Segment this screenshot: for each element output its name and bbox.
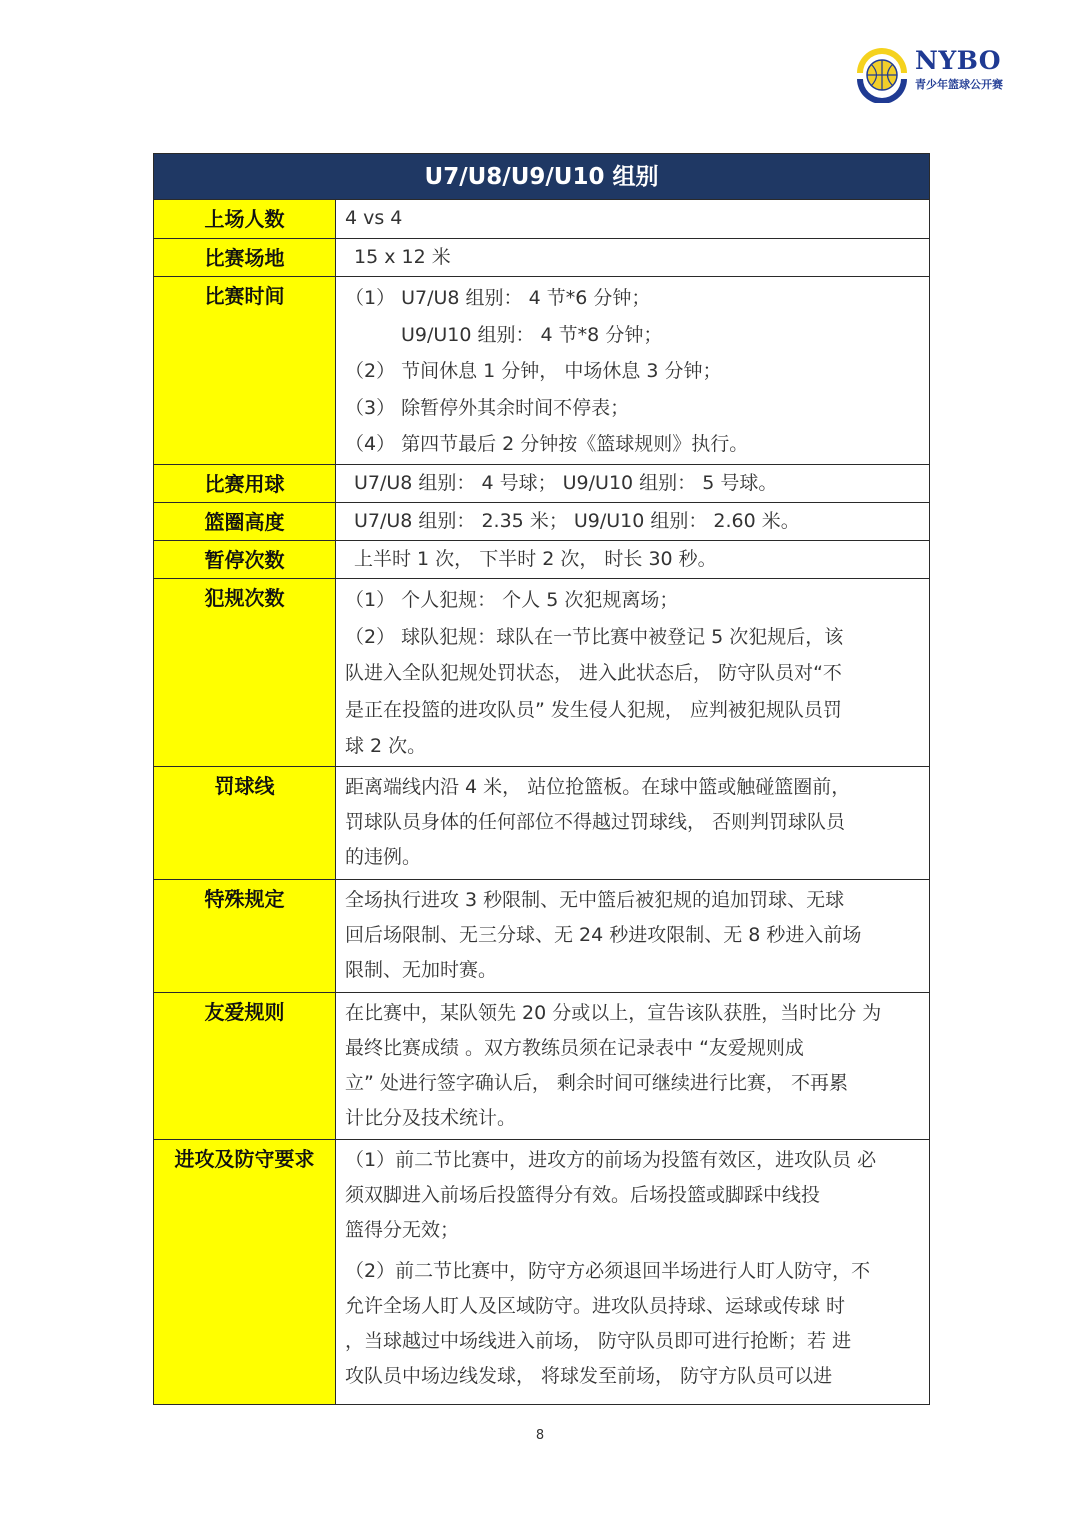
content-line: U7/U8 组别： 4 号球； U9/U10 组别： 5 号球。	[345, 468, 921, 499]
content-line: 须双脚进入前场后投篮得分有效。后场投篮或脚踩中线投	[345, 1178, 921, 1213]
content-line: 的违例。	[345, 840, 921, 875]
row-label: 友爱规则	[154, 993, 336, 1139]
content-line: 限制、无加时赛。	[345, 953, 921, 988]
row-content: U7/U8 组别： 2.35 米； U9/U10 组别： 2.60 米。	[336, 503, 929, 540]
table-row-players: 上场人数 4 vs 4	[154, 200, 929, 239]
logo-title: NYBO	[915, 47, 1001, 75]
content-line: 允许全场人盯人及区域防守。进攻队员持球、运球或传球 时	[345, 1289, 921, 1324]
content-line: （2）前二节比赛中，防守方必须退回半场进行人盯人防守，不	[345, 1254, 921, 1289]
content-line: 球 2 次。	[345, 728, 921, 765]
row-content: 15 x 12 米	[336, 239, 929, 276]
row-label: 罚球线	[154, 767, 336, 879]
table-title: U7/U8/U9/U10 组别	[154, 154, 929, 200]
content-line: （1） U7/U8 组别： 4 节*6 分钟；	[345, 280, 921, 317]
row-content: 上半时 1 次， 下半时 2 次， 时长 30 秒。	[336, 541, 929, 578]
row-content: U7/U8 组别： 4 号球； U9/U10 组别： 5 号球。	[336, 465, 929, 502]
content-line: 立” 处进行签字确认后， 剩余时间可继续进行比赛， 不再累	[345, 1066, 921, 1101]
content-line: 篮得分无效；	[345, 1213, 921, 1248]
content-line: 全场执行进攻 3 秒限制、无中篮后被犯规的追加罚球、无球	[345, 883, 921, 918]
row-content: 距离端线内沿 4 米， 站位抢篮板。在球中篮或触碰篮圈前， 罚球队员身体的任何部…	[336, 767, 929, 879]
table-row-free-throw-line: 罚球线 距离端线内沿 4 米， 站位抢篮板。在球中篮或触碰篮圈前， 罚球队员身体…	[154, 767, 929, 880]
content-line: （3） 除暂停外其余时间不停表；	[345, 390, 921, 427]
table-row-court: 比赛场地 15 x 12 米	[154, 239, 929, 277]
content-line: 队进入全队犯规处罚状态， 进入此状态后， 防守队员对“不	[345, 655, 921, 692]
content-line: （1）前二节比赛中，进攻方的前场为投篮有效区，进攻队员 必	[345, 1143, 921, 1178]
content-line: U9/U10 组别： 4 节*8 分钟；	[345, 317, 921, 354]
row-content: 4 vs 4	[336, 200, 929, 238]
content-line: 距离端线内沿 4 米， 站位抢篮板。在球中篮或触碰篮圈前，	[345, 770, 921, 805]
content-line: U7/U8 组别： 2.35 米； U9/U10 组别： 2.60 米。	[345, 506, 921, 537]
row-label: 上场人数	[154, 200, 336, 238]
content-line: 罚球队员身体的任何部位不得越过罚球线， 否则判罚球队员	[345, 805, 921, 840]
page-number: 8	[0, 1428, 1080, 1443]
table-row-ball: 比赛用球 U7/U8 组别： 4 号球； U9/U10 组别： 5 号球。	[154, 465, 929, 503]
row-label: 比赛用球	[154, 465, 336, 502]
row-label: 暂停次数	[154, 541, 336, 578]
row-label: 篮圈高度	[154, 503, 336, 540]
table-row-fouls: 犯规次数 （1） 个人犯规： 个人 5 次犯规离场； （2） 球队犯规：球队在一…	[154, 579, 929, 767]
content-line: （1） 个人犯规： 个人 5 次犯规离场；	[345, 582, 921, 619]
content-line: 上半时 1 次， 下半时 2 次， 时长 30 秒。	[345, 544, 921, 575]
table-row-timeouts: 暂停次数 上半时 1 次， 下半时 2 次， 时长 30 秒。	[154, 541, 929, 579]
row-label: 比赛时间	[154, 277, 336, 464]
row-content: （1）前二节比赛中，进攻方的前场为投篮有效区，进攻队员 必 须双脚进入前场后投篮…	[336, 1140, 929, 1404]
content-line: 最终比赛成绩 。双方教练员须在记录表中 “友爱规则成	[345, 1031, 921, 1066]
content-line: ，当球越过中场线进入前场， 防守队员即可进行抢断；若 进	[345, 1324, 921, 1359]
content-line: 在比赛中，某队领先 20 分或以上，宣告该队获胜，当时比分 为	[345, 996, 921, 1031]
content-line: 15 x 12 米	[345, 242, 921, 273]
table-row-hoop-height: 篮圈高度 U7/U8 组别： 2.35 米； U9/U10 组别： 2.60 米…	[154, 503, 929, 541]
content-line: （2） 节间休息 1 分钟， 中场休息 3 分钟；	[345, 353, 921, 390]
nybo-logo: NYBO 青少年篮球公开赛	[853, 45, 1033, 105]
row-content: （1） U7/U8 组别： 4 节*6 分钟； U9/U10 组别： 4 节*8…	[336, 277, 929, 464]
rules-table: U7/U8/U9/U10 组别 上场人数 4 vs 4 比赛场地 15 x 12…	[153, 153, 930, 1405]
row-content: 在比赛中，某队领先 20 分或以上，宣告该队获胜，当时比分 为 最终比赛成绩 。…	[336, 993, 929, 1139]
table-row-offense-defense: 进攻及防守要求 （1）前二节比赛中，进攻方的前场为投篮有效区，进攻队员 必 须双…	[154, 1140, 929, 1404]
table-row-game-time: 比赛时间 （1） U7/U8 组别： 4 节*6 分钟； U9/U10 组别： …	[154, 277, 929, 465]
content-line: 是正在投篮的进攻队员” 发生侵人犯规， 应判被犯规队员罚	[345, 692, 921, 729]
table-row-special-rules: 特殊规定 全场执行进攻 3 秒限制、无中篮后被犯规的追加罚球、无球 回后场限制、…	[154, 880, 929, 993]
content-line: 计比分及技术统计。	[345, 1101, 921, 1136]
content-line: （2） 球队犯规：球队在一节比赛中被登记 5 次犯规后，该	[345, 619, 921, 656]
row-content: 全场执行进攻 3 秒限制、无中篮后被犯规的追加罚球、无球 回后场限制、无三分球、…	[336, 880, 929, 992]
content-line: 4 vs 4	[345, 203, 921, 234]
row-label: 比赛场地	[154, 239, 336, 276]
content-line: 攻队员中场边线发球， 将球发至前场， 防守方队员可以进	[345, 1359, 921, 1394]
basketball-logo-icon	[853, 47, 911, 103]
row-label: 犯规次数	[154, 579, 336, 766]
row-content: （1） 个人犯规： 个人 5 次犯规离场； （2） 球队犯规：球队在一节比赛中被…	[336, 579, 929, 766]
content-line: （4） 第四节最后 2 分钟按《篮球规则》执行。	[345, 426, 921, 463]
table-row-mercy-rule: 友爱规则 在比赛中，某队领先 20 分或以上，宣告该队获胜，当时比分 为 最终比…	[154, 993, 929, 1140]
content-line: 回后场限制、无三分球、无 24 秒进攻限制、无 8 秒进入前场	[345, 918, 921, 953]
row-label: 特殊规定	[154, 880, 336, 992]
logo-subtitle: 青少年篮球公开赛	[915, 77, 1003, 93]
row-label: 进攻及防守要求	[154, 1140, 336, 1404]
